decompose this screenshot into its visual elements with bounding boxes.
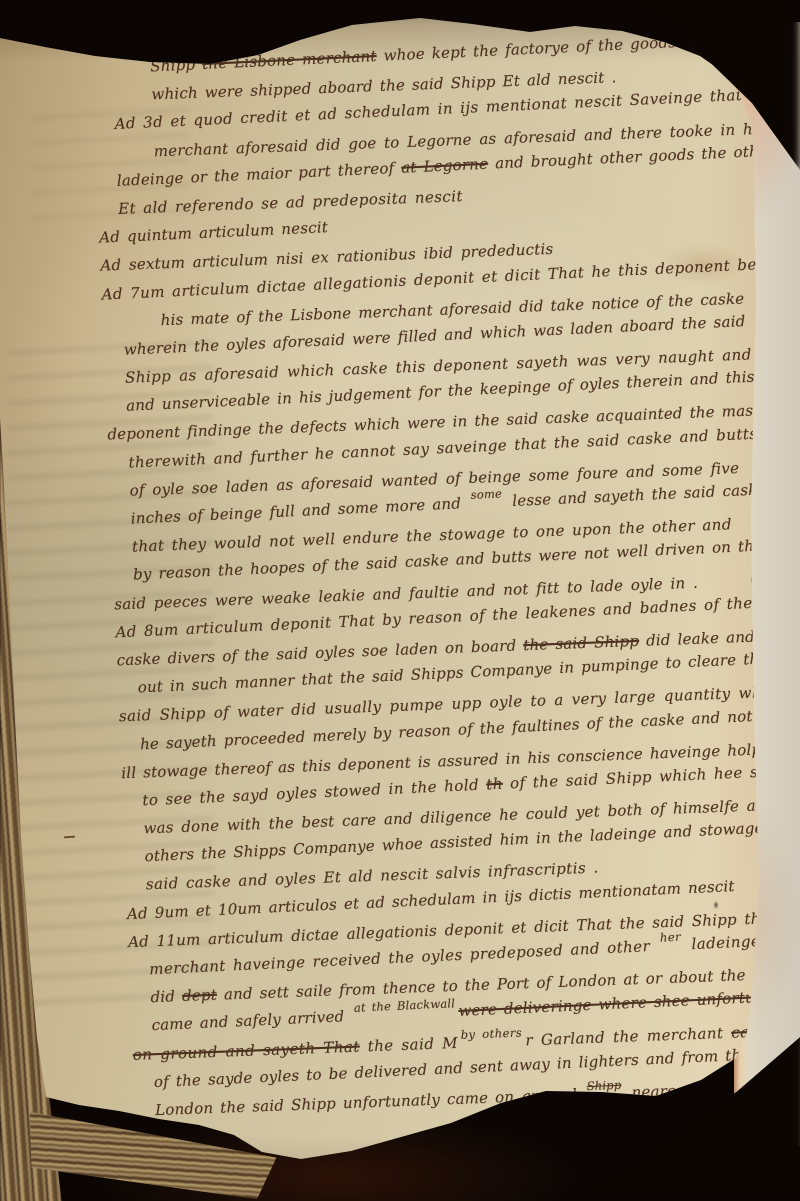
interlined-text: her	[660, 930, 682, 945]
manuscript-page: Shipp the Lisbone merchant whoe kept the…	[0, 0, 800, 1201]
interlined-text: by others	[460, 1025, 522, 1041]
struck-out-text: dept	[182, 986, 218, 1005]
manuscript-text: Shipp the Lisbone merchant whoe kept the…	[88, 33, 791, 1130]
interlined-text: at the Blackwall	[354, 997, 456, 1016]
handwritten-text: Shipp	[150, 55, 203, 75]
handwritten-text: did	[150, 987, 182, 1006]
struck-out-text: the Lisbone merchant	[202, 47, 377, 73]
struck-out-text: at Legorne	[401, 154, 489, 176]
struck-out-text: th	[486, 775, 503, 794]
photograph-frame: Shipp the Lisbone merchant whoe kept the…	[0, 0, 800, 1201]
handwritten-text: the said M	[359, 1033, 458, 1055]
handwritten-text: r Garland the merchant	[525, 1023, 732, 1049]
interlined-text: some	[470, 486, 502, 501]
struck-out-text: the said Shipp	[523, 632, 639, 654]
margin-dash-mark	[64, 836, 75, 839]
struck-out-text: Shipp	[586, 1078, 621, 1093]
